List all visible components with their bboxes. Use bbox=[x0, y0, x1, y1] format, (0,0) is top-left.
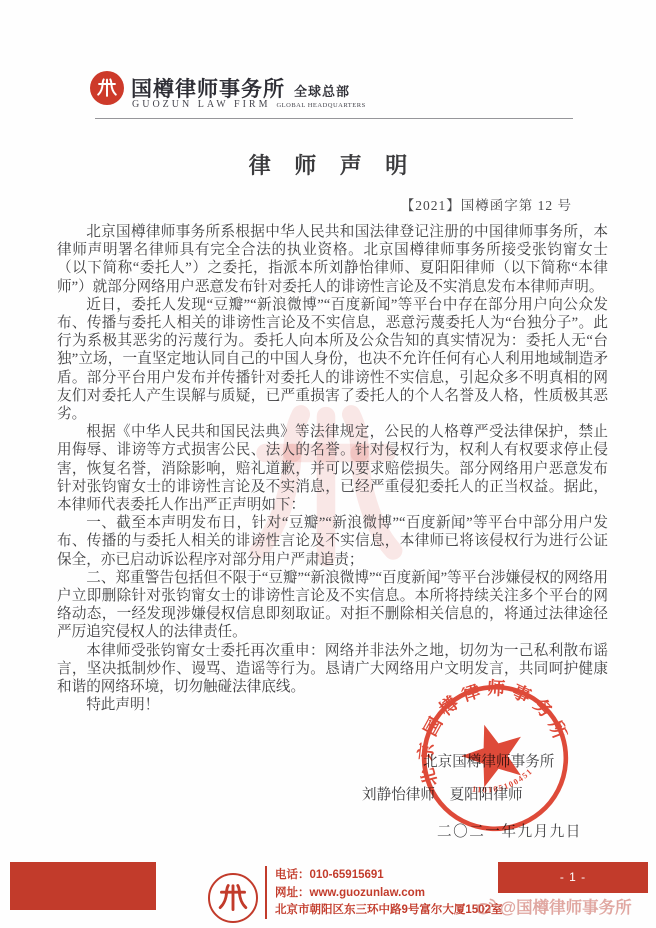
footer-website-line: 网址：www.guozunlaw.com bbox=[275, 885, 502, 903]
footer-divider bbox=[265, 866, 267, 919]
phone-value: 010-65915691 bbox=[310, 869, 384, 881]
footer-phone-line: 电话：010-65915691 bbox=[275, 867, 502, 885]
document-title: 律 师 声 明 bbox=[63, 149, 593, 180]
firm-logo-icon bbox=[90, 71, 124, 105]
statement-item-1: 一、截至本声明发布日，针对“豆瓣”“新浪微博”“百度新闻”等平台中部分用户发布、… bbox=[57, 514, 608, 569]
firm-branch-label: 全球总部 bbox=[294, 81, 350, 100]
document-number: 【2021】国樽函字第 12 号 bbox=[63, 194, 572, 214]
firm-branch-en: GLOBAL HEADQUARTERS bbox=[276, 102, 365, 109]
gate-mark-icon bbox=[217, 882, 249, 914]
paragraph-facts: 近日，委托人发现“豆瓣”“新浪微博”“百度新闻”等平台中存在部分用户向公众发布、… bbox=[57, 296, 608, 423]
footer-contact-block: 电话：010-65915691 网址：www.guozunlaw.com 北京市… bbox=[275, 867, 502, 920]
seal-number: 110105100451 bbox=[469, 765, 537, 801]
paragraph-legal-basis: 根据《中华人民共和国民法典》等法律规定，公民的人格尊严受法律保护，禁止用侮辱、诽… bbox=[57, 423, 608, 514]
firm-name-en-line: GUOZUN LAW FIRM GLOBAL HEADQUARTERS bbox=[132, 99, 366, 110]
weibo-watermark-text: @国樽律师事务所 bbox=[500, 894, 632, 918]
gate-mark-icon bbox=[96, 77, 118, 99]
paragraph-intro: 北京国樽律师事务所系根据中华人民共和国法律登记注册的中国律师事务所，本律师声明署… bbox=[57, 223, 608, 296]
statement-item-2: 二、郑重警告包括但不限于“豆瓣”“新浪微博”“百度新闻”等平台涉嫌侵权的网络用户… bbox=[57, 569, 608, 642]
footer-address-line: 北京市朝阳区东三环中路9号富尔大厦1502室 bbox=[275, 902, 502, 920]
weibo-watermark: @国樽律师事务所 bbox=[476, 894, 632, 918]
footer-red-bar bbox=[10, 862, 156, 910]
statement-body: 北京国樽律师事务所系根据中华人民共和国法律登记注册的中国律师事务所，本律师声明署… bbox=[57, 223, 608, 714]
website-label: 网址： bbox=[275, 887, 310, 899]
page-number-badge: - 1 - bbox=[498, 862, 648, 893]
weibo-icon bbox=[476, 897, 497, 915]
scanned-legal-statement: 国樽律师事务所 全球总部 GUOZUN LAW FIRM GLOBAL HEAD… bbox=[0, 0, 656, 928]
header-divider bbox=[95, 118, 573, 119]
phone-label: 电话： bbox=[275, 869, 310, 881]
footer-firm-logo-icon bbox=[208, 873, 258, 923]
firm-name-en: GUOZUN LAW FIRM bbox=[132, 99, 270, 110]
website-value: www.guozunlaw.com bbox=[310, 887, 425, 899]
